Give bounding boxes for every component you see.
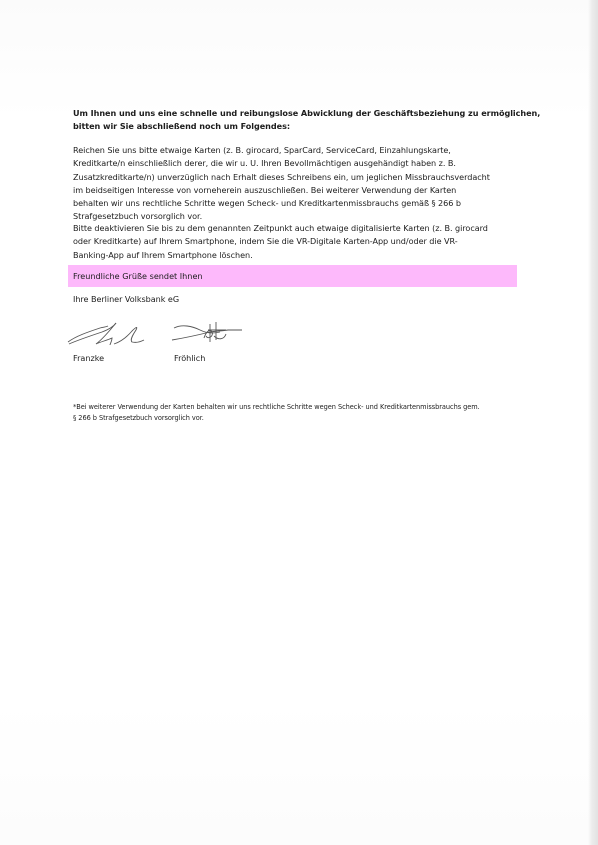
footnote-line: *Bei weiterer Verwendung der Karten beha… — [73, 402, 480, 413]
footnote-line: § 266 b Strafgesetzbuch vorsorglich vor. — [73, 413, 480, 424]
signatory-name: Fröhlich — [174, 352, 205, 365]
paragraph-line: Reichen Sie uns bitte etwaige Karten (z.… — [73, 144, 543, 157]
paragraph-line: Zusatzkreditkarte/n) unverzüglich nach E… — [73, 171, 543, 184]
intro-paragraph: Um Ihnen und uns eine schnelle und reibu… — [73, 107, 543, 134]
paragraph-line: oder Kreditkarte) auf Ihrem Smartphone, … — [73, 235, 543, 248]
franzke-signature-icon — [66, 318, 148, 350]
footnote: *Bei weiterer Verwendung der Karten beha… — [73, 402, 480, 423]
paragraph-line: behalten wir uns rechtliche Schritte weg… — [73, 197, 543, 210]
intro-line: Um Ihnen und uns eine schnelle und reibu… — [73, 107, 543, 120]
sender-text: Ihre Berliner Volksbank eG — [73, 293, 543, 306]
digital-cards-paragraph: Bitte deaktivieren Sie bis zu dem genann… — [73, 222, 543, 262]
scanned-letter-page: Um Ihnen und uns eine schnelle und reibu… — [0, 0, 598, 845]
paragraph-line: im beidseitigen Interesse von vorneherei… — [73, 184, 543, 197]
intro-line: bitten wir Sie abschließend noch um Folg… — [73, 120, 543, 133]
paragraph-line: Banking-App auf Ihrem Smartphone löschen… — [73, 249, 543, 262]
paragraph-line: Kreditkarte/n einschließlich derer, die … — [73, 157, 543, 170]
closing-text: Freundliche Grüße sendet Ihnen — [73, 270, 203, 282]
card-return-paragraph: Reichen Sie uns bitte etwaige Karten (z.… — [73, 144, 543, 224]
closing-highlight: Freundliche Grüße sendet Ihnen — [68, 265, 517, 287]
signatory-name: Franzke — [73, 352, 104, 365]
paragraph-line: Bitte deaktivieren Sie bis zu dem genann… — [73, 222, 543, 235]
sender-name: Ihre Berliner Volksbank eG — [73, 293, 543, 306]
froehlich-signature-icon — [170, 318, 244, 348]
